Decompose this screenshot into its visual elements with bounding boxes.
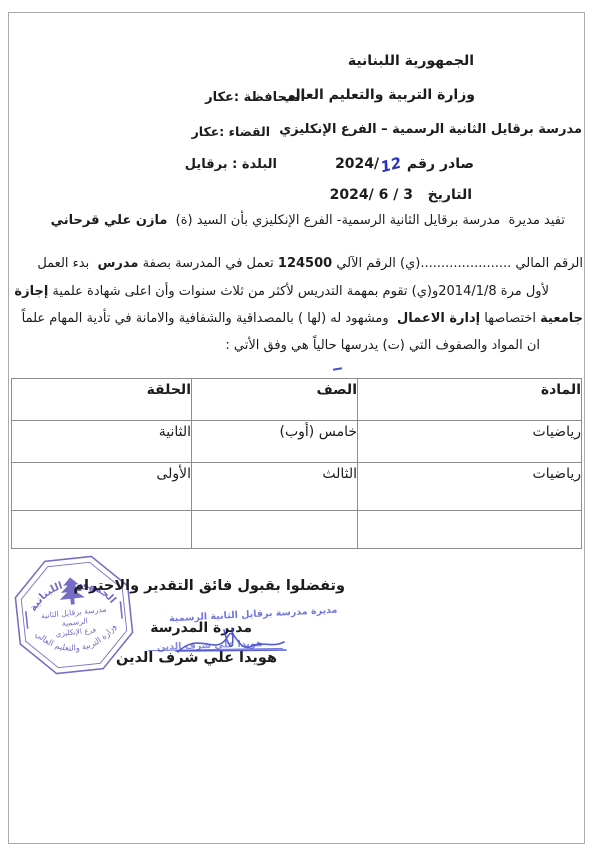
- header-republic: الجمهورية اللبنانية: [348, 53, 474, 69]
- text-segment: تفيد مديرة مدرسة برقايل الثانية الرسمية-…: [167, 213, 565, 228]
- header-district: القضاء :عكار: [192, 124, 270, 139]
- header-school-line: مدرسة برقايل الثانية الرسمية – الفرع الإ…: [279, 122, 582, 137]
- issue-year-printed: 2024/: [335, 156, 379, 172]
- body-line-2: الرقم المالي ......................(ي) ا…: [37, 256, 583, 271]
- date-label: التاريخ: [428, 187, 472, 203]
- cell-class: خامس (أوب): [192, 421, 358, 463]
- header-date-line: التاريخ 2024/ 6 / 3: [330, 187, 472, 203]
- text-segment: الرقم المالي ......................(ي) ا…: [332, 256, 583, 271]
- degree-word: جامعية: [540, 311, 583, 326]
- table-row: رياضيات خامس (أوب) الثانية: [12, 421, 582, 463]
- cell-cycle: الثانية: [12, 421, 192, 463]
- body-line-1: تفيد مديرة مدرسة برقايل الثانية الرسمية-…: [51, 213, 565, 228]
- text-segment: تعمل في المدرسة بصفة: [138, 256, 277, 271]
- signature-scribble: [172, 624, 290, 662]
- header-ministry: وزارة التربية والتعليم العالي: [281, 87, 475, 103]
- col-header-subject: المادة: [358, 379, 582, 421]
- issue-label: صادر رقم: [407, 156, 474, 172]
- person-name: مازن علي قرحاني: [51, 213, 168, 228]
- body-line-5: ان المواد والصفوف التي (ت) يدرسها حالياً…: [225, 338, 540, 353]
- body-line-4: جامعية اختصاصها إدارة الاعمال ومشهود له …: [22, 311, 583, 326]
- cell-class: [192, 511, 358, 549]
- degree-word: إجازة: [14, 284, 48, 299]
- scanned-document: { "header": { "republic": "الجمهورية الل…: [0, 0, 592, 860]
- text-segment: بدء العمل: [37, 256, 97, 271]
- subjects-table: المادة الصف الحلقة رياضيات خامس (أوب) ال…: [11, 378, 582, 549]
- cell-cycle: الأولى: [12, 463, 192, 511]
- text-segment: لأول مرة 2014/1/8و(ي) تقوم بمهمة التدريس…: [48, 284, 549, 299]
- body-line-3: لأول مرة 2014/1/8و(ي) تقوم بمهمة التدريس…: [14, 284, 549, 299]
- stamp-left-bar: [26, 611, 28, 628]
- cell-subject: رياضيات: [358, 421, 582, 463]
- header-governorate: المحافظة :عكار: [205, 90, 305, 105]
- cell-class: الثالث: [192, 463, 358, 511]
- text-segment: ان المواد والصفوف التي (ت) يدرسها حالياً…: [225, 338, 540, 353]
- specialty: إدارة الاعمال: [397, 311, 480, 326]
- cell-subject: [358, 511, 582, 549]
- header-town: البلدة : برقايل: [185, 157, 277, 172]
- closing-salutation: وتفضلوا بقبول فائق التقدير والاحترام: [73, 578, 345, 594]
- cell-cycle: [12, 511, 192, 549]
- issue-number: 2024/12: [335, 154, 402, 172]
- job-title: مدرس: [97, 256, 138, 271]
- col-header-cycle: الحلقة: [12, 379, 192, 421]
- date-value: 2024/ 6 / 3: [330, 187, 413, 203]
- table-row-empty: [12, 511, 582, 549]
- table-row: رياضيات الثالث الأولى: [12, 463, 582, 511]
- cell-subject: رياضيات: [358, 463, 582, 511]
- table-header-row: المادة الصف الحلقة: [12, 379, 582, 421]
- machine-number: 124500: [278, 256, 332, 271]
- stamp-right-bar: [120, 601, 122, 618]
- text-segment: اختصاصها: [480, 311, 540, 326]
- header-issue-line: صادر رقم 2024/12: [335, 154, 474, 172]
- col-header-class: الصف: [192, 379, 358, 421]
- text-segment: ومشهود له (لها ) بالمصداقية والشفافية وا…: [22, 311, 397, 326]
